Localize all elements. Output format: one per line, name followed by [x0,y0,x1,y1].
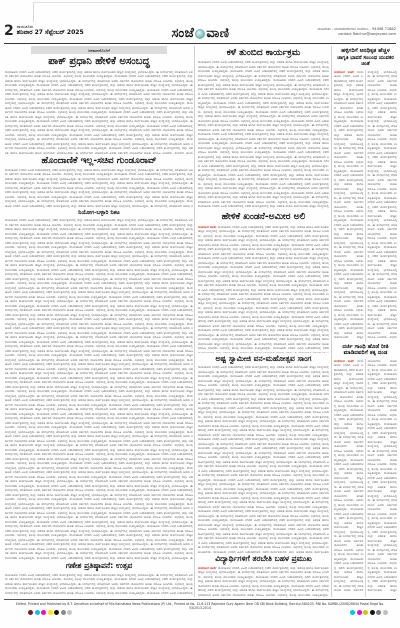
headline-unauthorized-hike: ಹಳ್ಳಿಗರಿಗೆ ಅನಧಿಕೃತ ಹೆಚ್ಚಳ [334,48,397,54]
registration-dot [363,610,368,615]
date-line: ಶನಿವಾರ 27 ಸೆಪ್ಟೆಂಬರ್ 2025 [17,29,84,37]
headline-pak-pm-statement: ಪಾಕ್ ಪ್ರಧಾನಿ ಹೇಳಿಕೆ ಅಸಂಬದ್ಧ [5,56,193,68]
article-body-text: ರಾಯಚೂರು ನಗರದ ವಿವಿಧ ಬಡಾವಣೆಗಳಲ್ಲಿ ನಡೆದ ಕಾರ… [198,225,329,353]
agency-tag: ಸಂಜೆವಾಣಿ ವಾರ್ತೆ [198,225,218,229]
headline-program: ಕಳೆ ತುಂಬಿದ ಕಾರ್ಯಕ್ರಮ [198,48,329,58]
article-body: ರಾಯಚೂರು ನಗರದ ವಿವಿಧ ಬಡಾವಣೆಗಳಲ್ಲಿ ನಡೆದ ಕಾರ… [198,365,329,553]
contact-line-2: contact Raichur@sanjevani.com [338,32,396,37]
column-divider [194,46,195,597]
article-body: ರಾಯಚೂರು ನಗರದ ವಿವಿಧ ಬಡಾವಣೆಗಳಲ್ಲಿ ನಡೆದ ಕಾರ… [5,168,193,208]
headline-ameer-ali: ಹೇಳಿಕೆ ಖಂಡನೆ-ಅಮೀರ ಅಲಿ [198,212,329,222]
masthead-right: ವಾಣಿ [206,26,229,41]
headline-student-training: ವಿದ್ಯಾರ್ಥಿಗಳಿಗೆ ತರಬೇತಿ ಬಹಳ ಪ್ರಮುಖ [198,555,329,564]
page-number: 2 [4,24,14,38]
scan-edge-artifact [33,2,400,22]
registration-marks-right [350,610,388,615]
registration-dot [376,610,381,615]
header-rule [4,43,396,44]
article-body-text: ರಾಯಚೂರು ನಗರದ ವಿವಿಧ ಬಡಾವಣೆಗಳಲ್ಲಿ ನಡೆದ ಕಾರ… [334,70,397,340]
agency-tag: ಸಂಜೆವಾಣಿ ವಾರ್ತೆ [334,359,357,363]
page-info: 2 ರಾಯಚೂರು ಶನಿವಾರ 27 ಸೆಪ್ಟೆಂಬರ್ 2025 [4,24,84,38]
edition-date: ರಾಯಚೂರು ಶನಿವಾರ 27 ಸೆಪ್ಟೆಂಬರ್ 2025 [17,24,84,37]
column-divider [331,46,332,597]
article-body-text: ರಾಯಚೂರು ನಗರದ ವಿವಿಧ ಬಡಾವಣೆಗಳಲ್ಲಿ ನಡೆದ ಕಾರ… [198,566,329,597]
registration-dot [350,610,355,615]
column-left: ಜನಮನದೊಂದಿಗೆ ಪಾಕ್ ಪ್ರಧಾನಿ ಹೇಳಿಕೆ ಅಸಂಬದ್ಧ … [5,46,193,597]
agency-tag: ಸಂಜೆವಾಣಿ ವಾರ್ತೆ [334,70,357,74]
article-body: ಸಂಜೆವಾಣಿ ವಾರ್ತೆ ರಾಯಚೂರು ನಗರದ ವಿವಿಧ ಬಡಾವಣ… [198,225,329,353]
masthead-title: ಸಂಜೆ ವಾಣಿ [171,26,229,41]
registration-dot [357,610,362,615]
registration-dot [28,610,33,615]
article-body: ಸಂಜೆವಾಣಿ ವಾರ್ತೆ ರಾಯಚೂರು ನಗರದ ವಿವಿಧ ಬಡಾವಣ… [334,359,397,597]
registration-dot [35,610,40,615]
page-header: 2 ರಾಯಚೂರು ಶನಿವಾರ 27 ಸೆಪ್ಟೆಂಬರ್ 2025 ಸಂಜೆ… [4,24,396,43]
article-body: ರಾಯಚೂರು ನಗರದ ವಿವಿಧ ಬಡಾವಣೆಗಳಲ್ಲಿ ನಡೆದ ಕಾರ… [5,573,193,595]
agency-tag: ಸಂಜೆವಾಣಿ ವಾರ್ತೆ [198,566,218,570]
registration-dot [54,610,59,615]
article-body-text: ರಾಯಚೂರು ನಗರದ ವಿವಿಧ ಬಡಾವಣೆಗಳಲ್ಲಿ ನಡೆದ ಕಾರ… [334,359,397,593]
masthead-left: ಸಂಜೆ [171,26,194,41]
publisher-imprint: Edited, Printed and Published by B.T. Am… [10,602,390,610]
kicker-band: ಜನಮನದೊಂದಿಗೆ [31,46,166,54]
article-body: ಸಂಜೆವಾಣಿ ವಾರ್ತೆ ರಾಯಚೂರು ನಗರದ ವಿವಿಧ ಬಡಾವಣ… [334,70,397,342]
article-body: ರಾಯಚೂರು ನಗರದ ವಿವಿಧ ಬಡಾವಣೆಗಳಲ್ಲಿ ನಡೆದ ಕಾರ… [198,60,329,210]
globe-logo-icon [195,29,205,39]
registration-dot [370,610,375,615]
registration-dot [383,610,388,615]
registration-dot [61,610,66,615]
newspaper-page: 2 ರಾಯಚೂರು ಶನಿವಾರ 27 ಸೆಪ್ಟೆಂಬರ್ 2025 ಸಂಜೆ… [0,0,400,628]
article-body: ರಾಯಚೂರು ನಗರದ ವಿವಿಧ ಬಡಾವಣೆಗಳಲ್ಲಿ ನಡೆದ ಕಾರ… [5,70,193,154]
headline-fine-notice: ದರ್ಜಿ ಗಾಂಧಿ ಹೊಡೆ ರೀತಿ ಮಾಡಿದವರಿಗೆ ತಕ್ಕ ದಂ… [334,344,397,357]
headline-ganesha-festival: ಗಣೇಶ ಪ್ರತಿಷ್ಠಾಪನೆ: ಉತ್ಸವ [5,562,193,571]
contact-info: ಜಾಹೀರಾತು - ಚಂದಾದಾರರಾಗಲು ಸಂಪರ್ಕಿಸಿ - 9449… [317,27,396,38]
headline-vana-mahotsava: ಅಷ್ಟ ಸ್ವಾಮೀಜಿ ವನ-ಮಹೋತ್ಸವ ಸಾಂಗ [198,355,329,364]
footer-rule [4,599,396,600]
headline-minister-gundurao: ಹೊಂದಾಣಿಕೆ ಇಲ್ಲ-ಸಚಿವ ಗುಂಡೂರಾವ್ [5,156,193,166]
article-body: ಸಂಜೆವಾಣಿ ವಾರ್ತೆ ರಾಯಚೂರು ನಗರದ ವಿವಿಧ ಬಡಾವಣ… [198,566,329,597]
subhead-youth-concern: ಜಾಗೃತಿ ಭಾವನೆ ಸಂಬಂಧ ಯುವಕರ ಚಿಂತೆ [334,56,397,68]
registration-dot [67,610,72,615]
registration-marks-left [28,610,72,615]
registration-dot [41,610,46,615]
article-body: ರಾಯಚೂರು ನಗರದ ವಿವಿಧ ಬಡಾವಣೆಗಳಲ್ಲಿ ನಡೆದ ಕಾರ… [5,218,193,560]
column-middle: ಕಳೆ ತುಂಬಿದ ಕಾರ್ಯಕ್ರಮ ರಾಯಚೂರು ನಗರದ ವಿವಿಧ … [198,46,329,597]
registration-dot [48,610,53,615]
column-right: ಹಳ್ಳಿಗರಿಗೆ ಅನಧಿಕೃತ ಹೆಚ್ಚಳ ಜಾಗೃತಿ ಭಾವನೆ ಸ… [334,46,397,597]
subhead-ballari: ನಿಯೋಗ-ಬಳ್ಳಾರಿ ನಿಕಟ [5,210,193,216]
